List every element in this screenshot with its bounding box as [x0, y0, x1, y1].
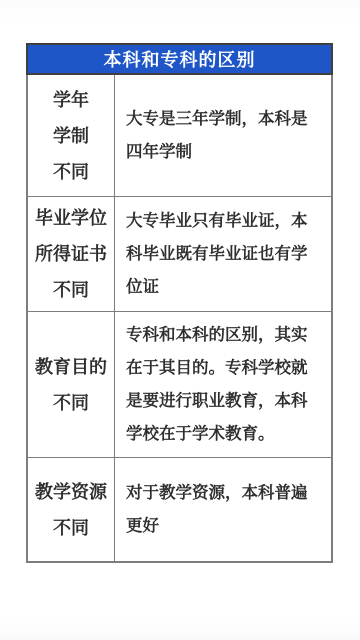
- row-label: 教学资源 不同: [28, 458, 115, 561]
- row-label: 学年 学制 不同: [28, 75, 115, 196]
- table-title: 本科和专科的区别: [26, 43, 333, 75]
- table-row: 教育目的 不同 专科和本科的区别，其实在于其目的。专科学校就是要进行职业教育，本…: [28, 311, 331, 457]
- table-row: 教学资源 不同 对于教学资源，本科普遍更好: [28, 457, 331, 561]
- table-row: 学年 学制 不同 大专是三年学制，本科是四年学制: [28, 75, 331, 196]
- differences-table: 本科和专科的区别 学年 学制 不同 大专是三年学制，本科是四年学制 毕业学位 所…: [26, 43, 333, 563]
- row-content: 对于教学资源，本科普遍更好: [115, 458, 331, 561]
- table-row: 毕业学位 所得证书 不同 大专毕业只有毕业证，本科毕业既有毕业证也有学位证: [28, 196, 331, 311]
- row-content: 大专是三年学制，本科是四年学制: [115, 75, 331, 196]
- row-content: 大专毕业只有毕业证，本科毕业既有毕业证也有学位证: [115, 197, 331, 311]
- table-body: 学年 学制 不同 大专是三年学制，本科是四年学制 毕业学位 所得证书 不同 大专…: [26, 75, 333, 563]
- row-label: 教育目的 不同: [28, 312, 115, 457]
- row-content: 专科和本科的区别，其实在于其目的。专科学校就是要进行职业教育，本科学校在于学术教…: [115, 312, 331, 457]
- row-label: 毕业学位 所得证书 不同: [28, 197, 115, 311]
- screenshot-page: 本科和专科的区别 学年 学制 不同 大专是三年学制，本科是四年学制 毕业学位 所…: [0, 0, 360, 640]
